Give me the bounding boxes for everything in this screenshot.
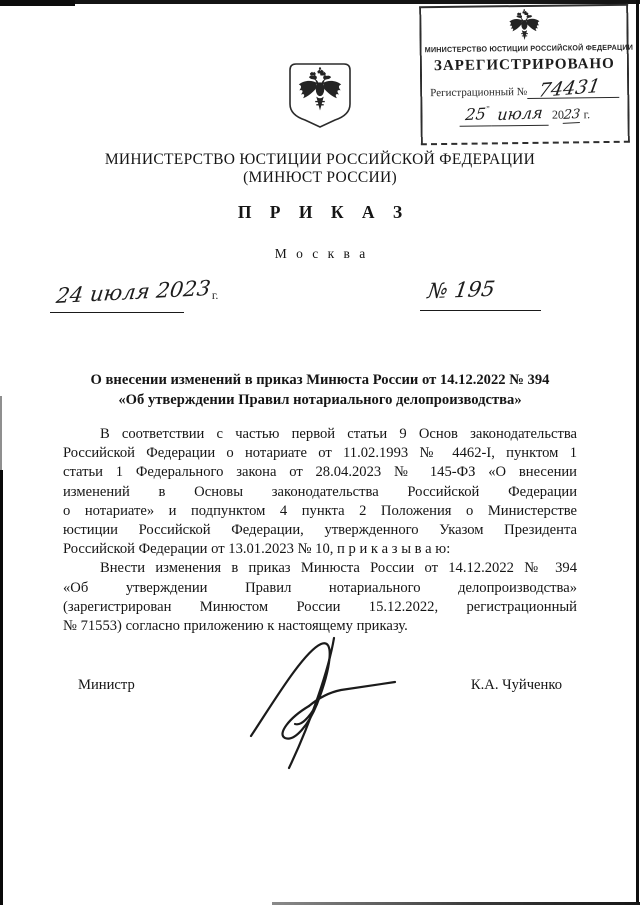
stamp-date-year: 2023 г. bbox=[552, 107, 590, 125]
city-label: М о с к в а bbox=[0, 246, 640, 262]
paragraph-line: о нотариате» и подпунктом 4 пункта 2 Пол… bbox=[63, 502, 577, 521]
stamp-date-month: июля bbox=[492, 104, 549, 127]
stamp-reg-number-value: 74431 bbox=[537, 75, 602, 102]
order-number-rule bbox=[420, 310, 541, 311]
paragraph-line: (зарегистрирован Минюстом России 15.12.2… bbox=[63, 598, 577, 617]
double-headed-eagle-icon bbox=[503, 9, 545, 44]
paragraph-line: изменений в Основы законодательства Росс… bbox=[63, 483, 577, 502]
stamp-date-row: 25” июля 2023 г. bbox=[422, 99, 627, 128]
document-type-heading: П Р И К А З bbox=[0, 202, 640, 223]
order-number: № 195 bbox=[428, 278, 495, 303]
stamp-reg-number-row: Регистрационный № 74431 bbox=[430, 74, 619, 100]
paragraph-line: В соответствии с частью первой статьи 9 … bbox=[63, 425, 577, 444]
paragraph-line: Российской Федерации о нотариате от 11.0… bbox=[63, 444, 577, 463]
russia-coat-of-arms-icon bbox=[288, 62, 352, 129]
stamp-date-day: 25” bbox=[460, 104, 492, 126]
stamp-day-quote: ” bbox=[486, 104, 490, 113]
order-body: В соответствии с частью первой статьи 9 … bbox=[63, 425, 577, 636]
paragraph-preamble: В соответствии с частью первой статьи 9 … bbox=[63, 425, 577, 559]
order-date-rule bbox=[50, 312, 184, 313]
paragraph-line: Внести изменения в приказ Минюста России… bbox=[63, 559, 577, 578]
order-title-line2: «Об утверждении Правил нотариального дел… bbox=[63, 391, 577, 411]
scan-edge-left-black bbox=[0, 470, 3, 905]
scanned-order-document: МИНИСТЕРСТВО ЮСТИЦИИ РОССИЙСКОЙ ФЕДЕРАЦИ… bbox=[0, 0, 640, 905]
signer-position-label: Министр bbox=[78, 677, 135, 694]
scan-edge-top bbox=[0, 0, 640, 4]
signer-name: К.А. Чуйченко bbox=[471, 677, 562, 694]
scan-edge-top-thick bbox=[0, 0, 75, 6]
scan-edge-left-gray bbox=[0, 396, 2, 474]
ministry-name-line2: (МИНЮСТ РОССИИ) bbox=[0, 169, 640, 187]
stamp-ministry-line: МИНИСТЕРСТВО ЮСТИЦИИ РОССИЙСКОЙ ФЕДЕРАЦИ… bbox=[425, 43, 624, 54]
order-title-line1: О внесении изменений в приказ Минюста Ро… bbox=[63, 371, 577, 391]
stamp-reg-number-label: Регистрационный № bbox=[430, 86, 527, 100]
order-date-suffix: г. bbox=[212, 288, 219, 302]
ministry-name-line1: МИНИСТЕРСТВО ЮСТИЦИИ РОССИЙСКОЙ ФЕДЕРАЦИ… bbox=[0, 151, 640, 169]
stamp-registered-label: ЗАРЕГИСТРИРОВАНО bbox=[422, 56, 627, 76]
order-title: О внесении изменений в приказ Минюста Ро… bbox=[63, 371, 577, 410]
scan-edge-right bbox=[636, 0, 639, 905]
paragraph-line: Российской Федерации от 13.01.2023 № 10,… bbox=[63, 540, 577, 559]
order-date: 24 июля 2023г. bbox=[57, 280, 218, 305]
stamp-reg-number-rule: 74431 bbox=[527, 74, 619, 99]
minister-signature bbox=[237, 634, 402, 772]
paragraph-line: «Об утверждении Правил нотариального дел… bbox=[63, 579, 577, 598]
paragraph-line: юстиции Российской Федерации, утвержденн… bbox=[63, 521, 577, 540]
paragraph-line: статьи 1 Федерального закона от 28.04.20… bbox=[63, 463, 577, 482]
paragraph-directive: Внести изменения в приказ Минюста России… bbox=[63, 559, 577, 636]
registration-stamp: МИНИСТЕРСТВО ЮСТИЦИИ РОССИЙСКОЙ ФЕДЕРАЦИ… bbox=[419, 4, 630, 146]
